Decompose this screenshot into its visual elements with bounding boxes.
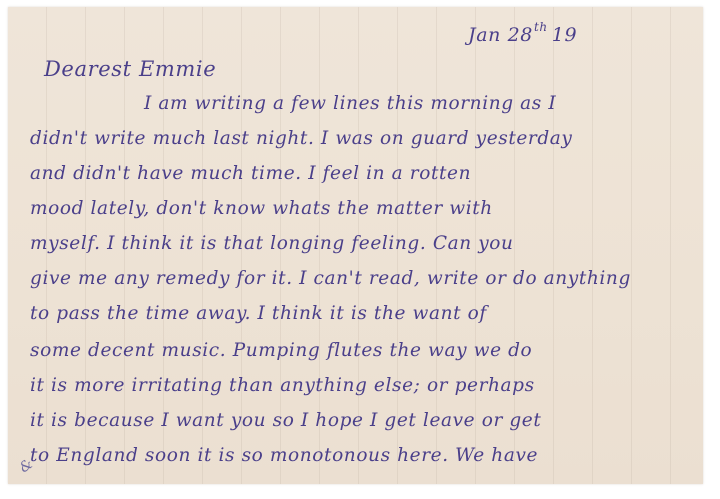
letter-line-11: to England soon it is so monotonous here… [30,447,538,466]
letter-line-1: I am writing a few lines this morning as… [144,95,556,114]
salutation: Dearest Emmie [44,59,216,80]
letter-page: Jan 28th19 Dearest Emmie I am writing a … [8,7,703,484]
letter-line-2: didn't write much last night. I was on g… [30,130,573,149]
letter-line-7: to pass the time away. I think it is the… [30,305,487,324]
letter-line-8: some decent music. Pumping flutes the wa… [30,342,532,361]
letter-line-4: mood lately, don't know whats the matter… [30,200,493,219]
letter-line-9: it is more irritating than anything else… [30,377,535,396]
letter-line-6: give me any remedy for it. I can't read,… [30,270,631,289]
letter-line-5: myself. I think it is that longing feeli… [30,235,514,254]
letter-line-3: and didn't have much time. I feel in a r… [30,165,471,184]
letter-line-10: it is because I want you so I hope I get… [30,412,541,431]
letter-date: Jan 28th19 [468,21,577,45]
